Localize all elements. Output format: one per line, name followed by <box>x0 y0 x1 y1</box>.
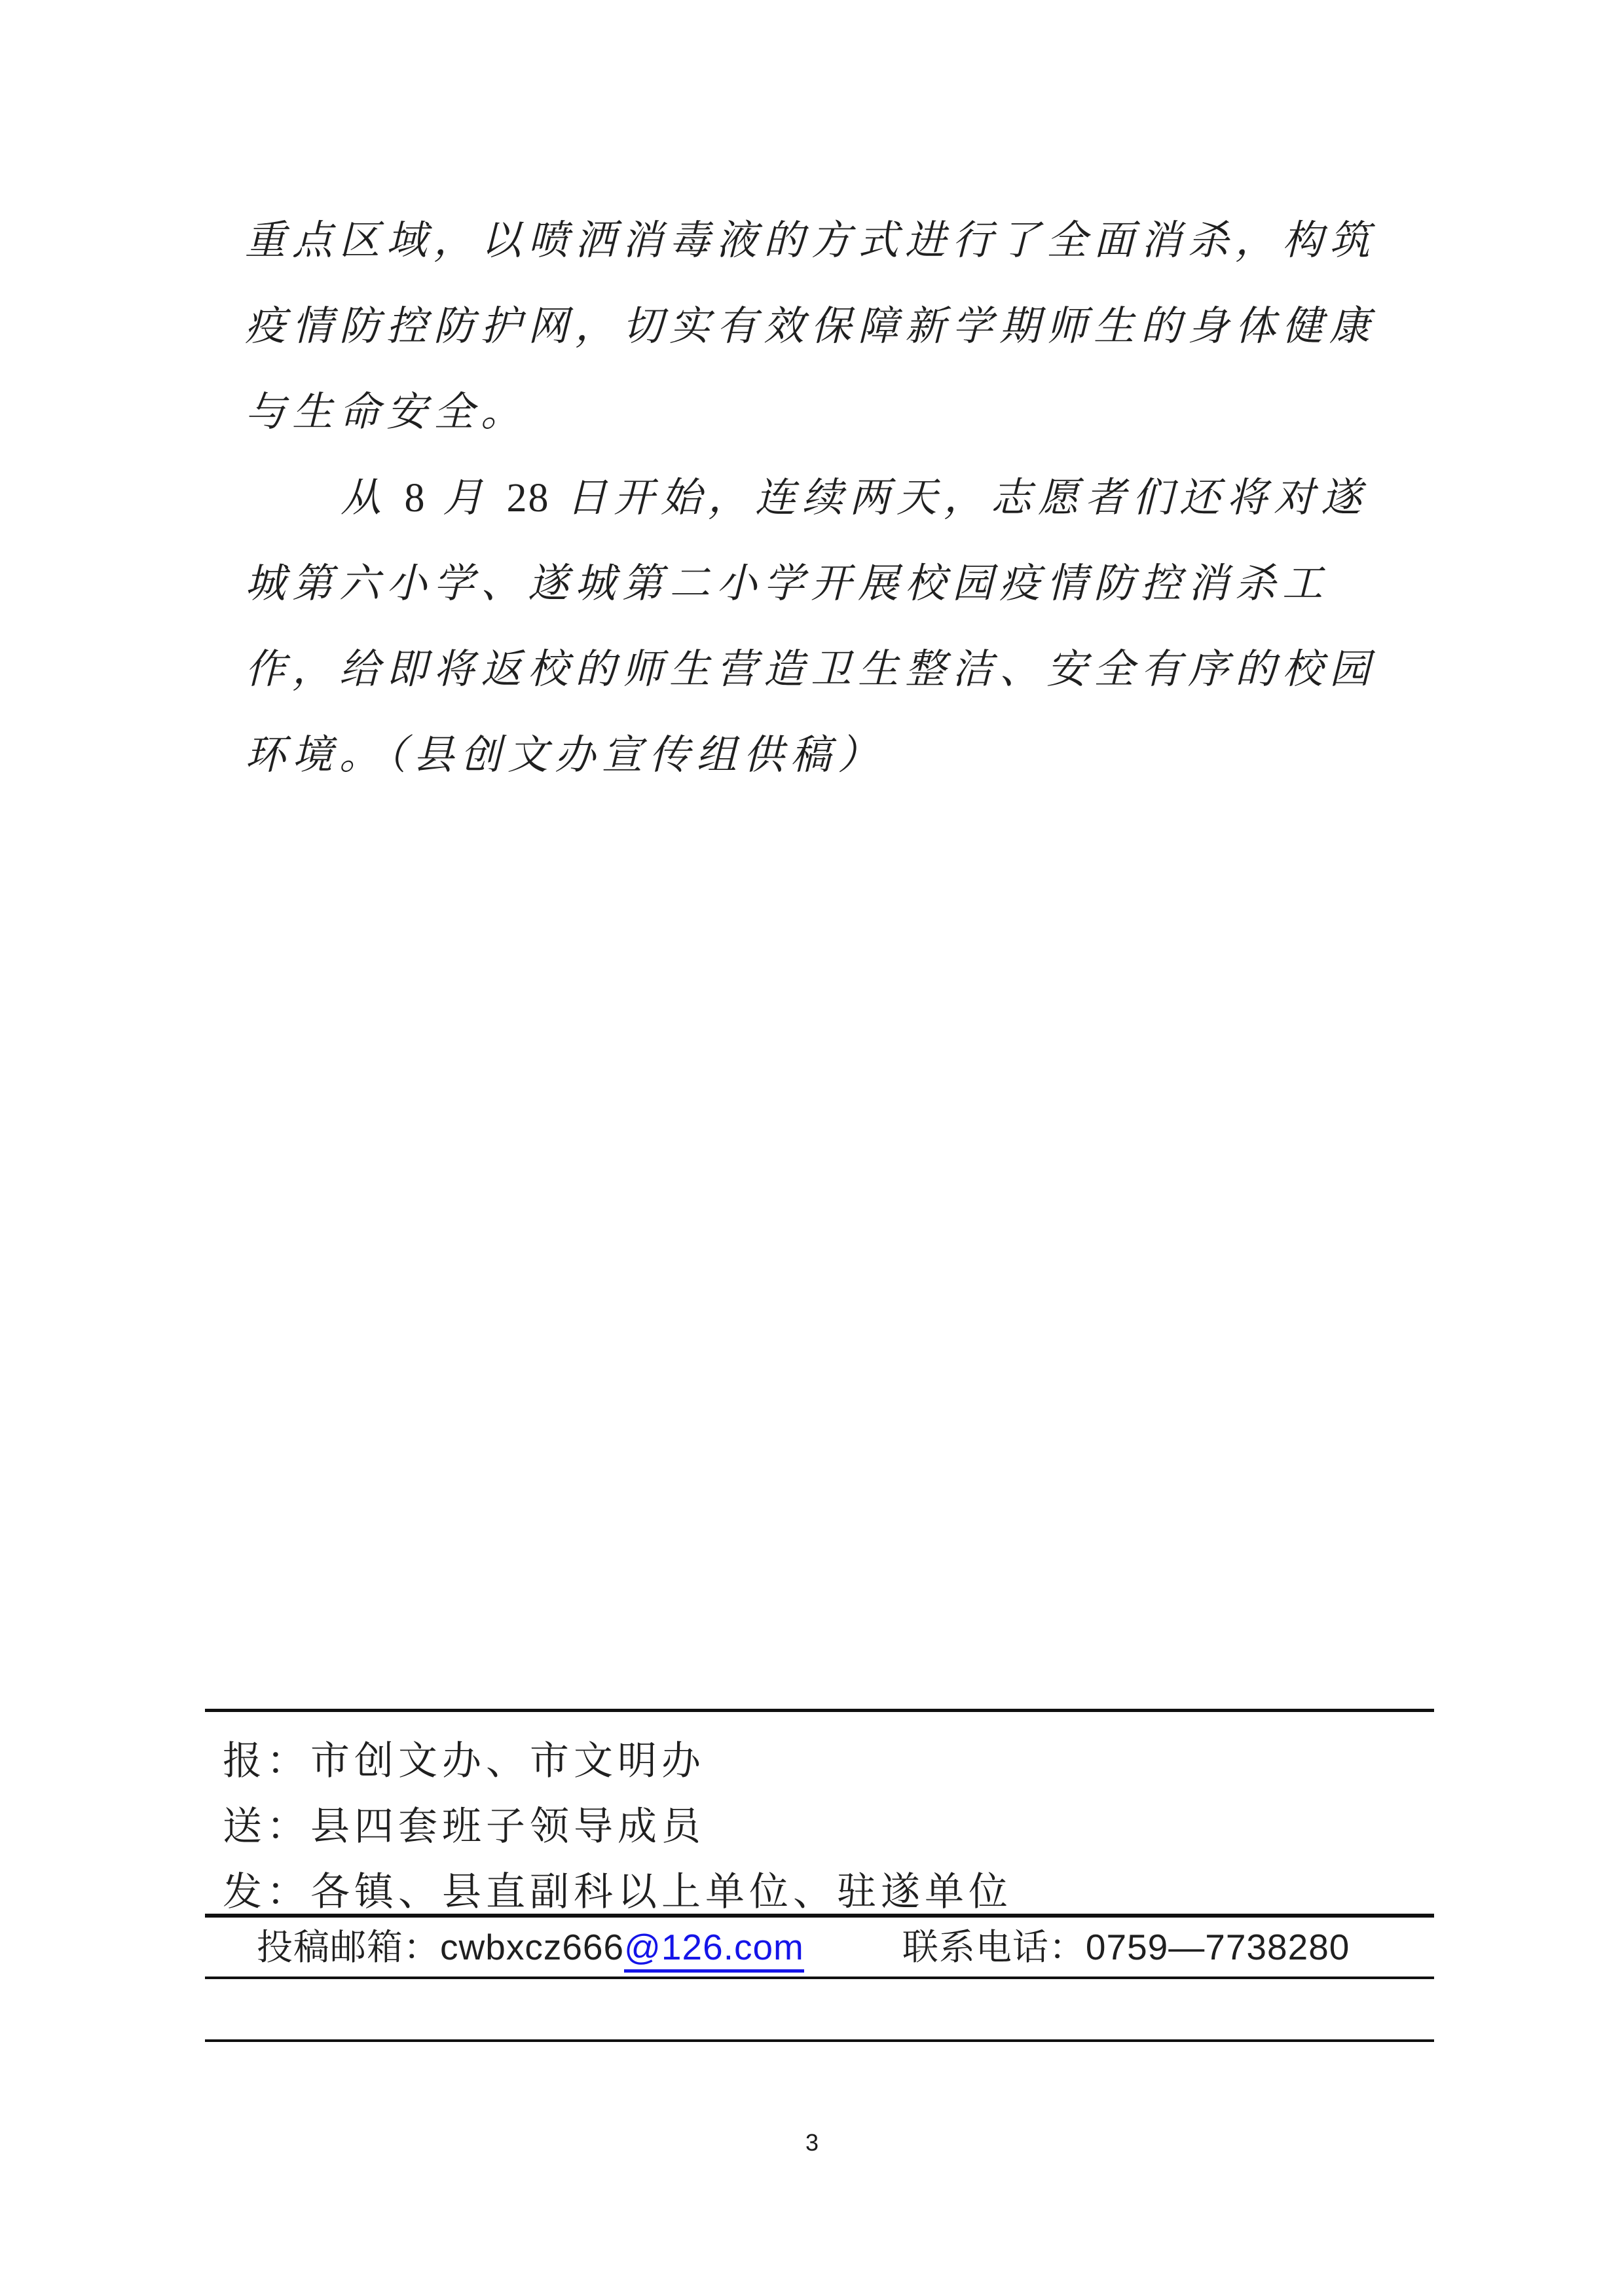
date-number: 8 <box>405 476 426 520</box>
body-text-line: 重点区域，以喷洒消毒液的方式进行了全面消杀，构筑 <box>245 198 1388 284</box>
divider-line-top <box>205 1709 1434 1712</box>
body-text-line: 从 8 月 28 日开始，连续两天，志愿者们还将对遂 <box>245 456 1388 541</box>
page-number: 3 <box>0 2128 1624 2158</box>
distribution-row-fa: 发：各镇、县直副科以上单位、驻遂单位 <box>223 1859 1012 1925</box>
phone-number: 0759—7738280 <box>1086 1927 1350 1967</box>
divider-line-bottom <box>205 2039 1434 2042</box>
body-text-line: 城第六小学、遂城第二小学开展校园疫情防控消杀工 <box>245 541 1388 627</box>
email-user: cwbxcz666 <box>440 1927 624 1967</box>
body-text-segment: 日开始，连续两天，志愿者们还将对遂 <box>550 476 1369 520</box>
distribution-row-bao: 报：市创文办、市文明办 <box>223 1728 1012 1794</box>
date-number: 28 <box>507 476 550 520</box>
distribution-list: 报：市创文办、市文明办 送：县四套班子领导成员 发：各镇、县直副科以上单位、驻遂… <box>223 1728 1012 1925</box>
contact-row: 投稿邮箱：cwbxcz666@126.com联系电话：0759—7738280 <box>257 1919 1350 1975</box>
email-link[interactable]: @126.com <box>624 1927 804 1973</box>
body-text-segment: 月 <box>426 476 507 520</box>
body-text-line: 作，给即将返校的师生营造卫生整洁、安全有序的校园 <box>245 627 1388 713</box>
document-page: 重点区域，以喷洒消毒液的方式进行了全面消杀，构筑 疫情防控防护网，切实有效保障新… <box>0 0 1624 2296</box>
body-text: 重点区域，以喷洒消毒液的方式进行了全面消杀，构筑 疫情防控防护网，切实有效保障新… <box>245 198 1388 799</box>
phone-label: 联系电话： <box>902 1927 1086 1967</box>
body-text-line: 环境。（县创文办宣传组供稿） <box>245 713 1388 799</box>
body-text-segment: 从 <box>341 476 405 520</box>
distribution-row-song: 送：县四套班子领导成员 <box>223 1794 1012 1859</box>
email-label: 投稿邮箱： <box>257 1927 440 1967</box>
body-text-line: 疫情防控防护网，切实有效保障新学期师生的身体健康 <box>245 284 1388 370</box>
divider-line-below-contact <box>205 1977 1434 1979</box>
body-text-line: 与生命安全。 <box>245 370 1388 456</box>
